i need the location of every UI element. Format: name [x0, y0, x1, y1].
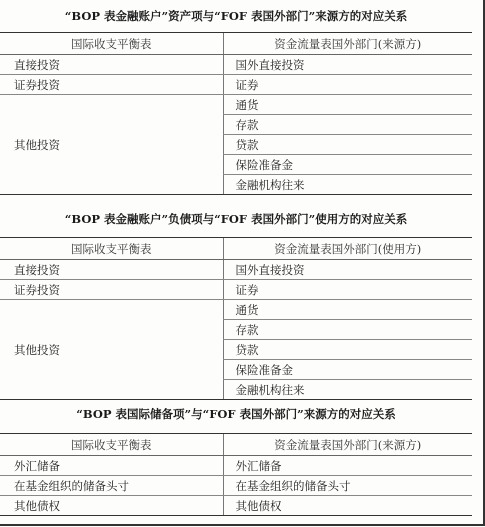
column-header-fof: 资金流量表国外部门(使用方) — [223, 238, 472, 260]
table-row: 其他投资 通货 — [0, 300, 472, 320]
table-row: 证券投资 证券 — [0, 280, 472, 300]
table-row: 直接投资 国外直接投资 — [0, 55, 472, 75]
fof-item: 通货 — [223, 95, 472, 115]
table-section-bop-reserves: “BOP 表国际储备项”与“FOF 表国外部门”来源方的对应关系 国际收支平衡表… — [0, 404, 472, 516]
table-title: “BOP 表国际储备项”与“FOF 表国外部门”来源方的对应关系 — [0, 404, 472, 424]
table-row: 其他投资 通货 — [0, 95, 472, 115]
mapping-table: 国际收支平衡表 资金流量表国外部门(来源方) 外汇储备 外汇储备 在基金组织的储… — [0, 433, 472, 516]
fof-item: 存款 — [223, 320, 472, 340]
fof-item: 国外直接投资 — [223, 260, 472, 280]
fof-item: 证券 — [223, 280, 472, 300]
table-title: “BOP 表金融账户”资产项与“FOF 表国外部门”来源方的对应关系 — [0, 6, 472, 26]
table-section-bop-liabilities: “BOP 表金融账户”负债项与“FOF 表国外部门”使用方的对应关系 国际收支平… — [0, 209, 472, 400]
fof-item: 保险准备金 — [223, 155, 472, 175]
bop-item: 在基金组织的储备头寸 — [0, 476, 223, 496]
fof-item: 通货 — [223, 300, 472, 320]
column-header-bop: 国际收支平衡表 — [0, 33, 223, 55]
fof-item: 保险准备金 — [223, 360, 472, 380]
bop-item: 其他投资 — [0, 95, 223, 195]
fof-item: 在基金组织的储备头寸 — [223, 476, 472, 496]
fof-item: 存款 — [223, 115, 472, 135]
table-row: 证券投资 证券 — [0, 75, 472, 95]
column-header-fof: 资金流量表国外部门(来源方) — [223, 33, 472, 55]
column-header-fof: 资金流量表国外部门(来源方) — [223, 434, 472, 456]
table-row: 直接投资 国外直接投资 — [0, 260, 472, 280]
fof-item: 其他债权 — [223, 496, 472, 516]
fof-item: 外汇储备 — [223, 456, 472, 476]
mapping-table: 国际收支平衡表 资金流量表国外部门(来源方) 直接投资 国外直接投资 证券投资 … — [0, 32, 472, 195]
bop-item: 外汇储备 — [0, 456, 223, 476]
table-row: 外汇储备 外汇储备 — [0, 456, 472, 476]
table-section-bop-assets: “BOP 表金融账户”资产项与“FOF 表国外部门”来源方的对应关系 国际收支平… — [0, 6, 472, 195]
fof-item: 证券 — [223, 75, 472, 95]
fof-item: 贷款 — [223, 135, 472, 155]
table-row: 其他债权 其他债权 — [0, 496, 472, 516]
mapping-table: 国际收支平衡表 资金流量表国外部门(使用方) 直接投资 国外直接投资 证券投资 … — [0, 237, 472, 400]
bop-item: 证券投资 — [0, 280, 223, 300]
bop-item: 直接投资 — [0, 260, 223, 280]
bop-item: 直接投资 — [0, 55, 223, 75]
fof-item: 金融机构往来 — [223, 175, 472, 195]
fof-item: 国外直接投资 — [223, 55, 472, 75]
bop-item: 其他投资 — [0, 300, 223, 400]
fof-item: 贷款 — [223, 340, 472, 360]
column-header-bop: 国际收支平衡表 — [0, 238, 223, 260]
bop-item: 证券投资 — [0, 75, 223, 95]
table-row: 在基金组织的储备头寸 在基金组织的储备头寸 — [0, 476, 472, 496]
bop-item: 其他债权 — [0, 496, 223, 516]
fof-item: 金融机构往来 — [223, 380, 472, 400]
column-header-bop: 国际收支平衡表 — [0, 434, 223, 456]
table-title: “BOP 表金融账户”负债项与“FOF 表国外部门”使用方的对应关系 — [0, 209, 472, 229]
